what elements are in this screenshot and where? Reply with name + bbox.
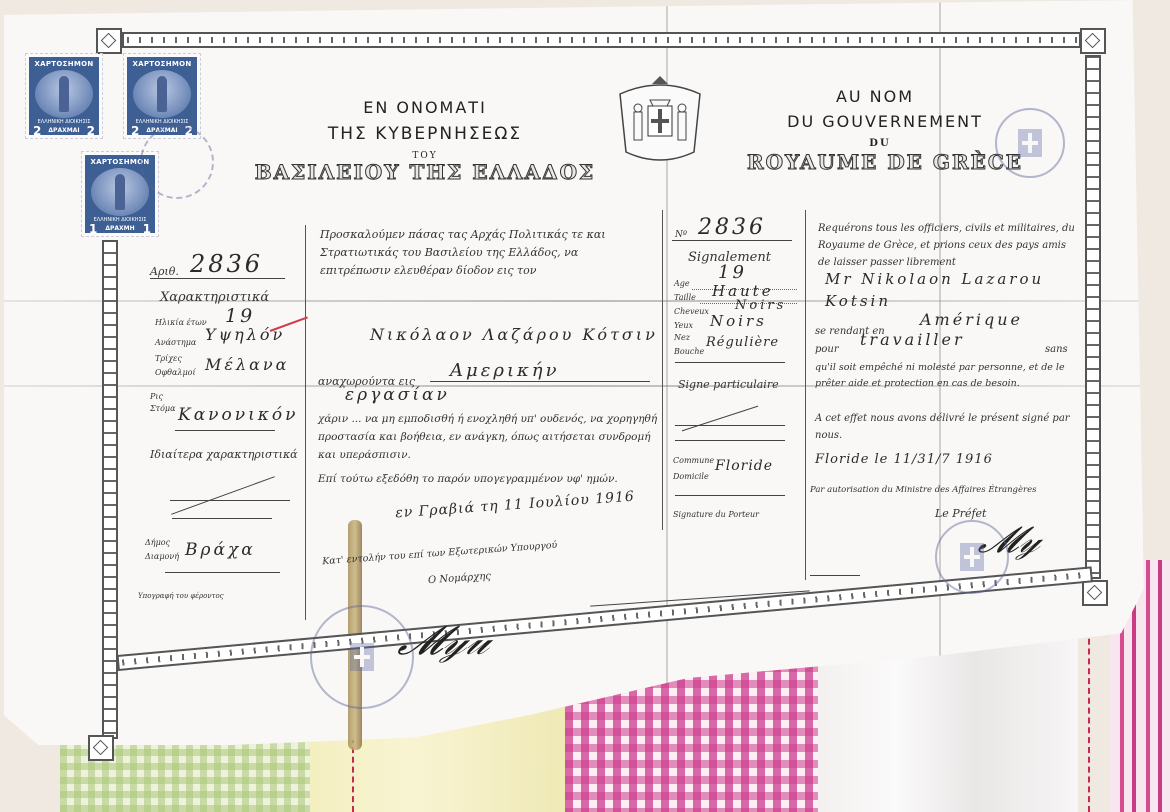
stamp-unit: ΔΡΑΧΜΑΙ [48,125,79,137]
french-authority-line: Par autorisation du Ministre des Affaire… [810,485,1036,495]
french-prefect-title: Le Préfet [935,507,986,520]
prefecture-seal-top [995,108,1065,178]
underline [672,240,792,241]
french-purpose-value: travailler [860,330,965,349]
greek-eyes-label: Οφθαλμοί [155,368,196,377]
stamp-value: 2 [33,125,41,137]
header-french-line4: ROYAUME DE GRÈCE [735,150,1035,174]
french-eyes-value: Noirs [710,312,767,330]
greek-height-value: Υψηλόν [205,325,285,344]
header-french-line3: DU [840,138,920,149]
greek-body-paragraph-3: Επί τούτω εξεδόθη το παρόν υπογεγραμμένο… [318,470,658,488]
border-corner [1080,28,1106,54]
header-french-line2: DU GOUVERNEMENT [760,112,1010,131]
header-greek-line1: ΕΝ ΟΝΟΜΑΤΙ [290,98,560,117]
french-purpose-suffix: sans [1045,344,1068,355]
greek-bearer-name: Νικόλαον Λαζάρου Κότσιν [370,325,658,344]
greek-characteristics-title: Χαρακτηριστικά [160,290,269,305]
stamp-allegory-icon [133,70,191,118]
stamp-title: ΧΑΡΤΟΣΗΜΟΝ [127,60,197,68]
revenue-stamp: ΧΑΡΤΟΣΗΜΟΝ ΕΛΛΗΝΙΚΗ ΔΙΟΙΚΗΣΙΣ 2ΔΡΑΧΜΑΙ2 [26,54,102,138]
underline [430,381,650,382]
stamp-value: 2 [87,125,95,137]
coat-of-arms-icon [612,72,708,168]
greek-residence-label: Διαμονή [145,552,179,561]
french-domicile-value: Floride [715,458,773,474]
greek-special-marks-title: Ιδιαίτερα χαρακτηριστικά [150,448,298,461]
french-hair-value: Noirs [735,298,786,313]
french-age-value: 19 [718,262,747,283]
french-domicile-label: Domicile [673,472,709,481]
french-nose-label: Nez [674,333,690,342]
french-number-label: Nº [675,230,687,240]
french-hair-label: Cheveux [674,307,709,316]
french-bearer-name: Mr Nikolaon Lazarou Kotsin [825,268,1075,312]
greek-key-border-top [122,32,1081,48]
stamp-value: 2 [131,125,139,137]
greek-mouth-label: Στόμα [150,404,176,413]
french-bearer-signature-label: Signature du Porteur [673,510,759,519]
greek-body-paragraph-1: Προσκαλούμεν πάσας τας Αρχάς Πολιτικάς τ… [320,226,650,280]
greek-mouth-value: Κανονικόν [178,405,298,425]
column-divider [305,225,306,620]
greek-age-value: 19 [225,305,255,327]
underline [170,500,290,501]
border-corner [1082,580,1108,606]
french-height-label: Taille [674,293,696,302]
underline [675,425,785,426]
stamp-unit: ΔΡΑΧΜΗ [105,223,134,235]
french-body-paragraph-1: Requérons tous les officiers, civils et … [818,220,1080,271]
greek-eyes-value: Μέλανα [205,355,289,374]
greek-key-border-left [102,240,118,739]
greek-hair-label: Τρίχες [155,354,182,363]
nomarchy-seal [310,605,414,709]
french-body-paragraph-2: qu'il soit empêché ni molesté par person… [815,360,1077,392]
french-mouth-value: Régulière [706,335,779,350]
stamp-allegory-icon [91,168,149,216]
header-greek-line4: ΒΑΣΙΛΕΙΟΥ ΤΗΣ ΕΛΛΑΔΟΣ [215,160,635,184]
greek-destination-value: Αμερικήν [450,360,560,381]
underline [675,362,785,363]
greek-purpose-value: εργασίαν [345,385,450,405]
french-body-paragraph-3: A cet effet nous avons délivré le présen… [815,410,1077,444]
greek-age-label: Ηλικία έτων [155,318,207,327]
header-greek-line2: ΤΗΣ ΚΥΒΕΡΝΗΣΕΩΣ [260,124,590,144]
french-special-marks-title: Signe particulaire [678,378,779,391]
underline [165,572,280,573]
underline [810,575,860,576]
cancellation-postmark [140,125,214,199]
underline [675,440,785,441]
greek-nose-label: Ρις [150,392,163,401]
underline [175,430,275,431]
french-commune-label: Commune [673,456,714,465]
greek-height-label: Ανάστημα [155,338,196,347]
prefect-seal [935,520,1009,594]
greek-number-label: Αριθ. [150,265,179,278]
french-issue-date: Floride le 11/31/7 1916 [815,452,993,467]
greek-key-border-right [1085,55,1101,579]
french-age-label: Age [674,279,690,288]
stamp-value: 1 [143,223,151,235]
french-purpose-label: pour [815,344,839,355]
underline [675,495,785,496]
french-destination-value: Amérique [920,310,1023,329]
border-corner [96,28,122,54]
revenue-stamp: ΧΑΡΤΟΣΗΜΟΝ ΕΛΛΗΝΙΚΗ ΔΙΟΙΚΗΣΙΣ 2ΔΡΑΧΜΑΙ2 [124,54,200,138]
greek-bearer-signature-label: Υπογραφή του φέροντος [138,592,224,600]
french-number-value: 2836 [698,215,766,240]
underline [172,518,272,519]
stamp-value: 1 [89,223,97,235]
greek-body-paragraph-2: χάριν ... να μη εμποδισθή ή ενοχληθή υπ'… [318,410,658,464]
french-eyes-label: Yeux [674,321,693,330]
greek-birthplace-label: Δήμος [145,538,170,547]
greek-number-value: 2836 [190,250,263,278]
underline [150,278,285,279]
stamp-title: ΧΑΡΤΟΣΗΜΟΝ [29,60,99,68]
border-corner [88,735,114,761]
header-french-line1: AU NOM [770,87,980,106]
french-mouth-label: Bouche [674,347,704,356]
column-divider [805,210,806,580]
greek-residence-value: Βράχα [185,540,256,560]
column-divider [662,210,663,530]
stamp-allegory-icon [35,70,93,118]
